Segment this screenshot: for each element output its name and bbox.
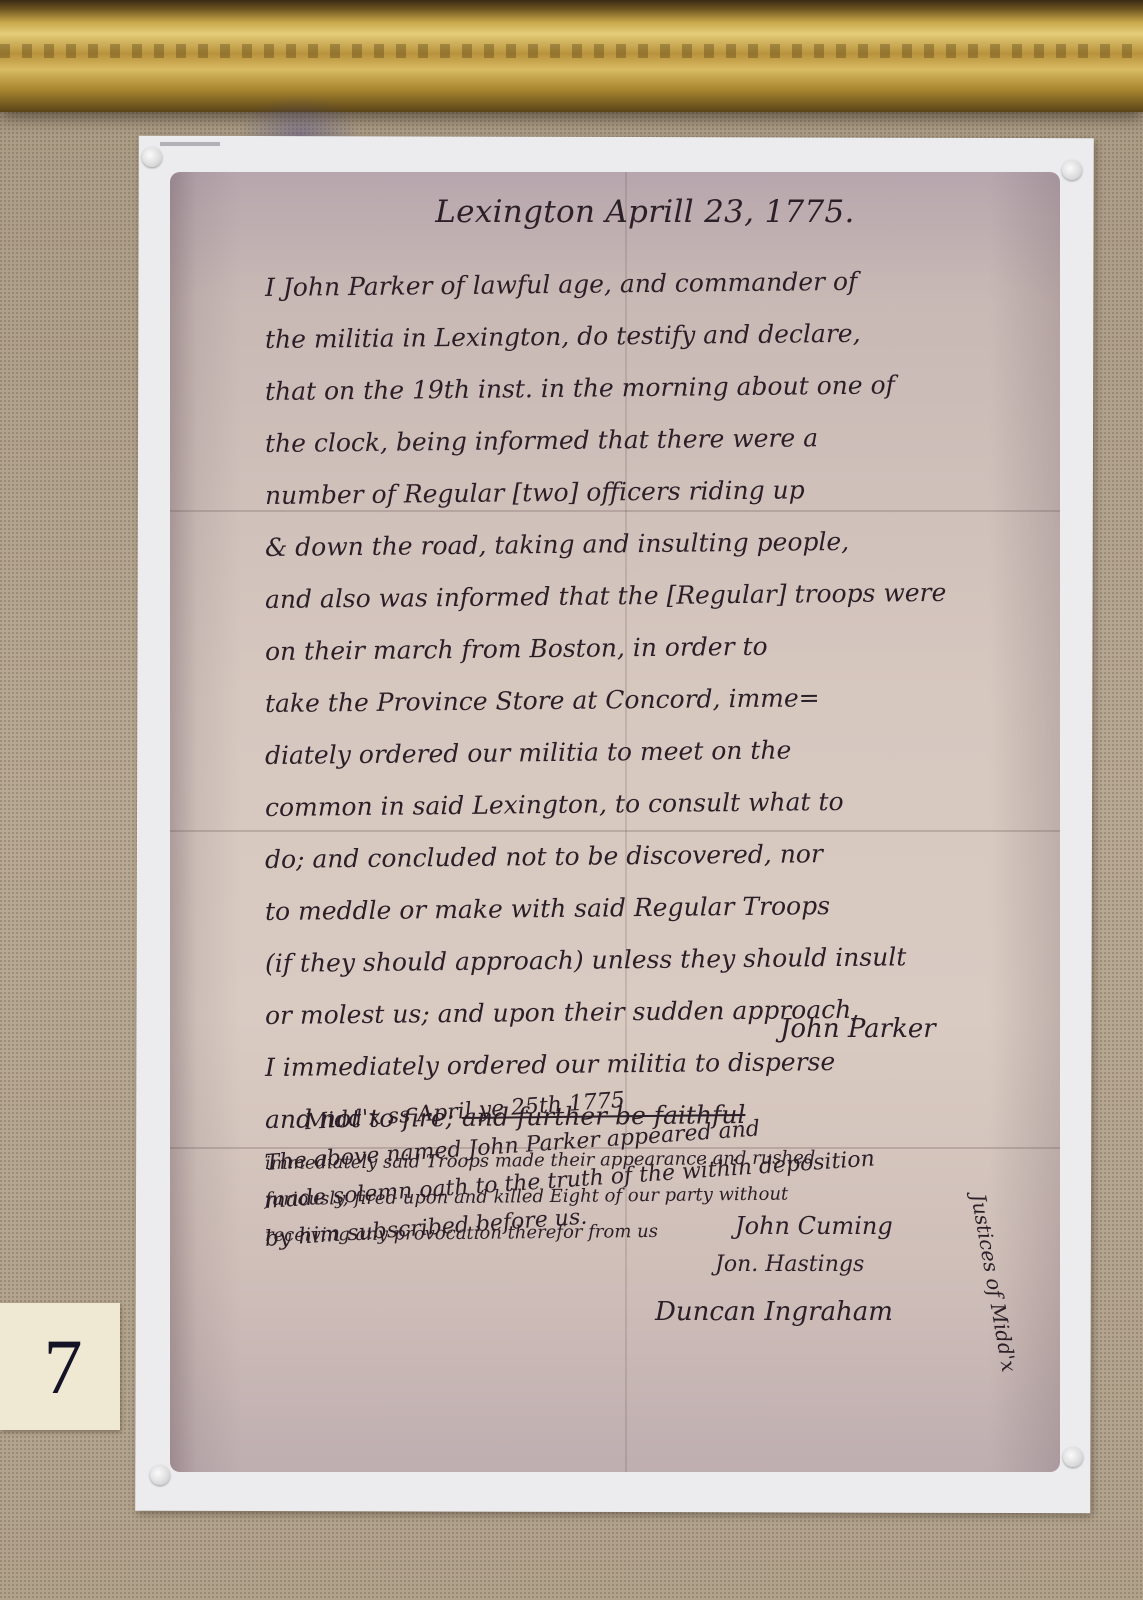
body-line: that on the 19th inst. in the morning ab…	[265, 358, 1056, 418]
body-line: do; and concluded not to be discovered, …	[265, 826, 1056, 886]
body-line: take the Province Store at Concord, imme…	[265, 670, 1056, 730]
signature-john-parker: John Parker	[780, 1014, 936, 1044]
signature-john-cuming: John Cuming	[735, 1212, 893, 1240]
mounting-pin-bottom-left	[150, 1465, 170, 1485]
body-line: and also was informed that the [Regular]…	[265, 566, 1056, 626]
body-line: to meddle or make with said Regular Troo…	[265, 878, 1056, 938]
body-line: the clock, being informed that there wer…	[265, 410, 1056, 470]
document-heading: Lexington Aprill 23, 1775.	[230, 194, 1060, 230]
body-line: common in said Lexington, to consult wha…	[265, 774, 1056, 834]
body-line: number of Regular [two] officers riding …	[265, 462, 1056, 522]
mount-tag	[160, 142, 220, 146]
body-line: diately ordered our militia to meet on t…	[265, 722, 1056, 782]
mounting-pin-bottom-right	[1063, 1447, 1083, 1467]
exhibit-number-card: 7	[0, 1303, 120, 1430]
mounting-pin-top-right	[1062, 160, 1082, 180]
body-line: & down the road, taking and insulting pe…	[265, 514, 1056, 574]
body-line: I John Parker of lawful age, and command…	[265, 254, 1056, 314]
mounting-pin-top-left	[142, 147, 162, 167]
body-line: or molest us; and upon their sudden appr…	[265, 982, 1056, 1042]
jurat-block: Midd'x ss April ye 25th 1775 The above n…	[265, 1107, 1060, 1259]
signature-jon-hastings: Jon. Hastings	[715, 1252, 864, 1277]
body-line: on their march from Boston, in order to	[265, 618, 1056, 678]
body-line: (if they should approach) unless they sh…	[265, 930, 1056, 990]
body-line: the militia in Lexington, do testify and…	[265, 306, 1056, 366]
signature-duncan-ingraham: Duncan Ingraham	[655, 1297, 893, 1327]
exhibit-number: 7	[38, 1322, 83, 1412]
gilded-frame-edge	[0, 0, 1143, 112]
handwritten-deposition: Lexington Aprill 23, 1775. I John Parker…	[170, 172, 1060, 1472]
